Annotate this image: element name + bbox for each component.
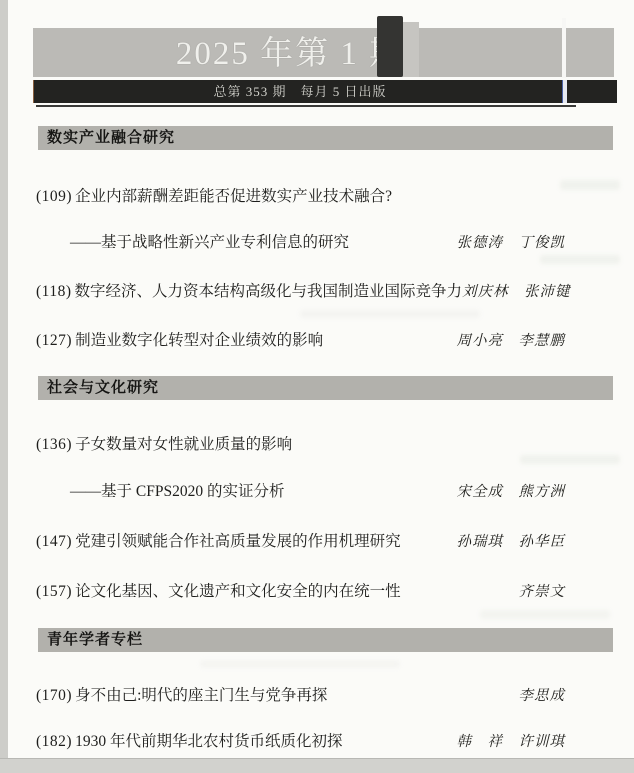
toc-article-row: (118)数字经济、人力资本结构高级化与我国制造业国际竞争力 刘庆林 张沛键 (36, 281, 565, 303)
toc-article-row: (170)身不由己:明代的座主门生与党争再探 李思成 (36, 685, 565, 707)
article-page-number: (127) (36, 332, 72, 349)
toc-article-subtitle-row: ——基于 CFPS2020 的实证分析 宋全成 熊方洲 (36, 481, 565, 503)
article-title: 子女数量对女性就业质量的影响 (75, 436, 292, 453)
toc-article-row: (157)论文化基因、文化遗产和文化安全的内在统一性 齐崇文 (36, 581, 565, 603)
article-page-number: (157) (36, 583, 72, 600)
toc-article-row: (127)制造业数字化转型对企业绩效的影响 周小亮 李慧鹏 (36, 330, 565, 352)
toc-article-row: (182)1930 年代前期华北农村货币纸质化初探 韩 祥 许训琪 (36, 731, 565, 753)
issue-meta-text: 总第 353 期 每月 5 日出版 (33, 82, 567, 102)
bleedthrough-smudge (520, 455, 620, 464)
toc-article-row: (136)子女数量对女性就业质量的影响 (36, 434, 565, 456)
article-page-number: (170) (36, 687, 72, 704)
article-title: 企业内部薪酬差距能否促进数实产业技术融合? (75, 188, 392, 205)
article-page-number: (118) (36, 283, 72, 300)
article-authors: 刘庆林 张沛键 (462, 281, 571, 303)
toc-article-subtitle-row: ——基于战略性新兴产业专利信息的研究 张德涛 丁俊凯 (36, 232, 565, 254)
article-authors: 张德涛 丁俊凯 (457, 232, 566, 254)
article-subtitle: ——基于战略性新兴产业专利信息的研究 (70, 232, 349, 254)
bleedthrough-smudge (540, 255, 620, 264)
bleedthrough-smudge (300, 310, 480, 318)
masthead-rule (36, 105, 576, 107)
article-title: 数字经济、人力资本结构高级化与我国制造业国际竞争力 (75, 283, 463, 300)
section-header-digital-real-industry: 数实产业融合研究 (38, 126, 613, 150)
article-title: 论文化基因、文化遗产和文化安全的内在统一性 (75, 583, 401, 600)
article-page-number: (182) (36, 733, 72, 750)
section-header-young-scholars: 青年学者专栏 (38, 628, 613, 652)
toc-article-row: (147)党建引领赋能合作社高质量发展的作用机理研究 孙瑞琪 孙华臣 (36, 531, 565, 553)
journal-toc-page: 2025 年第 1 期 总第 353 期 每月 5 日出版 数实产业融合研究 (… (0, 0, 634, 773)
issue-title: 2025 年第 1 期 (76, 31, 504, 77)
section-header-society-culture: 社会与文化研究 (38, 376, 613, 400)
article-authors: 周小亮 李慧鹏 (457, 330, 566, 352)
article-subtitle: ——基于 CFPS2020 的实证分析 (70, 481, 284, 503)
scan-smudge-halo (403, 22, 419, 77)
article-title: 身不由己:明代的座主门生与党争再探 (75, 687, 327, 704)
scan-fold-line (562, 18, 566, 78)
article-page-number: (147) (36, 533, 72, 550)
bleedthrough-smudge (560, 180, 620, 190)
article-title: 党建引领赋能合作社高质量发展的作用机理研究 (75, 533, 401, 550)
toc-article-row: (109)企业内部薪酬差距能否促进数实产业技术融合? (36, 186, 565, 208)
article-title: 制造业数字化转型对企业绩效的影响 (75, 332, 323, 349)
article-authors: 孙瑞琪 孙华臣 (457, 531, 566, 553)
page-bottom-edge (0, 758, 634, 773)
article-title: 1930 年代前期华北农村货币纸质化初探 (75, 733, 342, 750)
scan-ink-smudge (377, 16, 403, 77)
article-authors: 韩 祥 许训琪 (457, 731, 566, 753)
article-authors: 宋全成 熊方洲 (457, 481, 566, 503)
article-authors: 李思成 (519, 685, 566, 707)
article-page-number: (109) (36, 188, 72, 205)
bleedthrough-smudge (200, 660, 400, 668)
article-page-number: (136) (36, 436, 72, 453)
article-authors: 齐崇文 (519, 581, 566, 603)
bleedthrough-smudge (480, 610, 610, 619)
